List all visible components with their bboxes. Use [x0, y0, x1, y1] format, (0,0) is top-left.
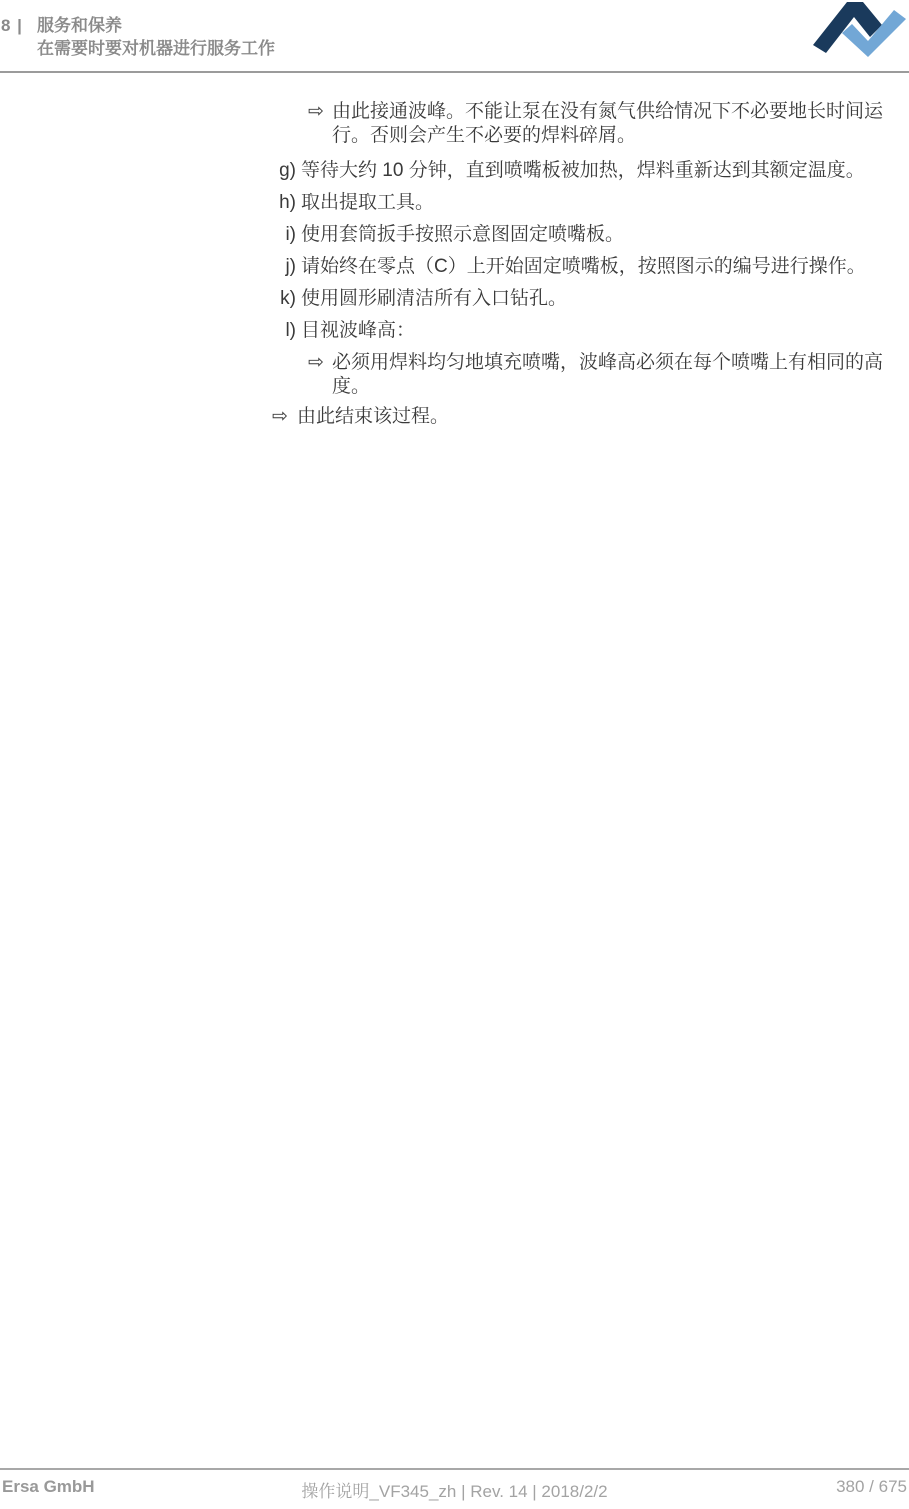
chapter-title: 服务和保养 — [37, 14, 275, 37]
step-label: g) — [272, 159, 296, 183]
manual-page: 8 | 服务和保养 在需要时要对机器进行服务工作 ⇨ 由此接通波峰。不能让泵在没… — [0, 0, 909, 1509]
step-label: k) — [272, 287, 296, 311]
step-item-j: j) 请始终在零点（C）上开始固定喷嘴板，按照图示的编号进行操作。 — [272, 255, 888, 279]
step-item-i: i) 使用套筒扳手按照示意图固定喷嘴板。 — [272, 223, 888, 247]
section-subtitle: 在需要时要对机器进行服务工作 — [37, 37, 275, 60]
step-text: 使用圆形刷清洁所有入口钻孔。 — [301, 287, 888, 311]
step-label: l) — [272, 319, 296, 343]
step-text: 取出提取工具。 — [301, 191, 888, 215]
step-text: 使用套筒扳手按照示意图固定喷嘴板。 — [301, 223, 888, 247]
step-item-g: g) 等待大约 10 分钟，直到喷嘴板被加热，焊料重新达到其额定温度。 — [272, 159, 888, 183]
step-text: 请始终在零点（C）上开始固定喷嘴板，按照图示的编号进行操作。 — [301, 255, 888, 279]
step-text: 目视波峰高： — [301, 319, 888, 343]
result-text: 由此接通波峰。不能让泵在没有氮气供给情况下不必要地长时间运行。否则会产生不必要的… — [332, 100, 884, 148]
result-text: 必须用焊料均匀地填充喷嘴，波峰高必须在每个喷嘴上有相同的高度。 — [332, 351, 884, 399]
result-item: ⇨ 必须用焊料均匀地填充喷嘴，波峰高必须在每个喷嘴上有相同的高度。 — [308, 351, 888, 399]
footer-page-number: 380 / 675 — [836, 1477, 907, 1497]
footer-document-info: 操作说明_VF345_zh | Rev. 14 | 2018/2/2 — [0, 1477, 909, 1502]
result-arrow-icon: ⇨ — [272, 405, 297, 429]
header-divider — [0, 71, 909, 73]
step-item-l: l) 目视波峰高： — [272, 319, 888, 343]
page-footer: Ersa GmbH 操作说明_VF345_zh | Rev. 14 | 2018… — [0, 1477, 909, 1501]
result-text: 由此结束该过程。 — [297, 405, 449, 429]
step-item-k: k) 使用圆形刷清洁所有入口钻孔。 — [272, 287, 888, 311]
result-arrow-icon: ⇨ — [308, 351, 332, 399]
result-arrow-icon: ⇨ — [308, 100, 332, 148]
step-label: i) — [272, 223, 296, 247]
step-item-h: h) 取出提取工具。 — [272, 191, 888, 215]
page-header: 服务和保养 在需要时要对机器进行服务工作 — [37, 14, 275, 60]
footer-divider — [0, 1468, 909, 1470]
result-item-final: ⇨ 由此结束该过程。 — [272, 405, 888, 429]
step-list: g) 等待大约 10 分钟，直到喷嘴板被加热，焊料重新达到其额定温度。 h) 取… — [272, 159, 888, 343]
chapter-number: 8 | — [1, 16, 23, 36]
result-item: ⇨ 由此接通波峰。不能让泵在没有氮气供给情况下不必要地长时间运行。否则会产生不必… — [308, 100, 888, 148]
page-content: ⇨ 由此接通波峰。不能让泵在没有氮气供给情况下不必要地长时间运行。否则会产生不必… — [272, 100, 888, 429]
step-label: j) — [272, 255, 296, 279]
step-text: 等待大约 10 分钟，直到喷嘴板被加热，焊料重新达到其额定温度。 — [301, 159, 888, 183]
step-label: h) — [272, 191, 296, 215]
ersa-logo-icon — [795, 0, 909, 75]
